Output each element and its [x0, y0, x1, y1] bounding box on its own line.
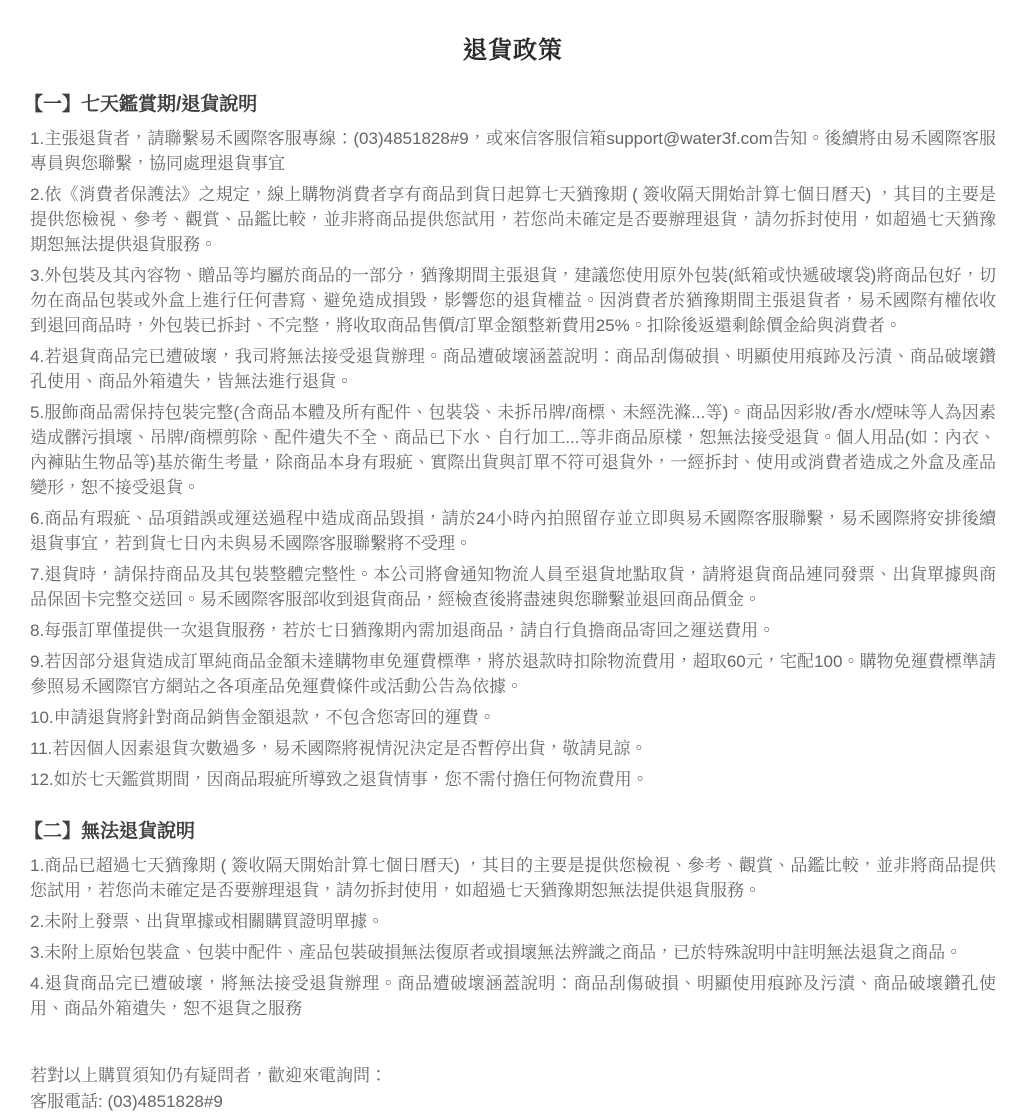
policy-item: 4.若退貨商品完已遭破壞，我司將無法接受退貨辦理。商品遭破壞涵蓋說明：商品刮傷破…	[30, 344, 996, 394]
policy-item: 3.未附上原始包裝盒、包裝中配件、產品包裝破損無法復原者或損壞無法辨識之商品，已…	[30, 940, 996, 965]
page-title: 退貨政策	[30, 30, 996, 65]
policy-item: 3.外包裝及其內容物、贈品等均屬於商品的一部分，猶豫期間主張退貨，建議您使用原外…	[30, 263, 996, 338]
policy-item: 4.退貨商品完已遭破壞，將無法接受退貨辦理。商品遭破壞涵蓋說明：商品刮傷破損、明…	[30, 971, 996, 1021]
section-non-returnable: 【二】無法退貨說明 1.商品已超過七天猶豫期 ( 簽收隔天開始計算七個日曆天) …	[30, 816, 996, 1021]
policy-item: 5.服飾商品需保持包裝完整(含商品本體及所有配件、包裝袋、未拆吊牌/商標、未經洗…	[30, 400, 996, 500]
section-1-heading: 【一】七天鑑賞期/退貨說明	[24, 89, 996, 116]
footer-phone-line: 客服電話: (03)4851828#9	[30, 1089, 996, 1115]
policy-item: 7.退貨時，請保持商品及其包裝整體完整性。本公司將會通知物流人員至退貨地點取貨，…	[30, 562, 996, 612]
policy-item: 8.每張訂單僅提供一次退貨服務，若於七日猶豫期內需加退商品，請自行負擔商品寄回之…	[30, 618, 996, 643]
footer-question-line: 若對以上購買須知仍有疑問者，歡迎來電詢問：	[30, 1063, 996, 1089]
policy-item: 10.申請退貨將針對商品銷售金額退款，不包含您寄回的運費。	[30, 705, 996, 730]
policy-item: 2.依《消費者保護法》之規定，線上購物消費者享有商品到貨日起算七天猶豫期 ( 簽…	[30, 182, 996, 257]
return-policy-document: 退貨政策 【一】七天鑑賞期/退貨說明 1.主張退貨者，請聯繫易禾國際客服專線：(…	[0, 0, 1024, 1115]
policy-item: 6.商品有瑕疵、品項錯誤或運送過程中造成商品毀損，請於24小時內拍照留存並立即與…	[30, 506, 996, 556]
policy-item: 9.若因部分退貨造成訂單純商品金額未達購物車免運費標準，將於退款時扣除物流費用，…	[30, 649, 996, 699]
policy-item: 11.若因個人因素退貨次數過多，易禾國際將視情況決定是否暫停出貨，敬請見諒。	[30, 736, 996, 761]
policy-item: 1.商品已超過七天猶豫期 ( 簽收隔天開始計算七個日曆天) ，其目的主要是提供您…	[30, 853, 996, 903]
policy-item: 1.主張退貨者，請聯繫易禾國際客服專線：(03)4851828#9，或來信客服信…	[30, 126, 996, 176]
section-2-heading: 【二】無法退貨說明	[24, 816, 996, 843]
policy-item: 2.未附上發票、出貨單據或相關購買證明單據。	[30, 909, 996, 934]
policy-item: 12.如於七天鑑賞期間，因商品瑕疵所導致之退貨情事，您不需付擔任何物流費用。	[30, 767, 996, 792]
section-seven-day-trial: 【一】七天鑑賞期/退貨說明 1.主張退貨者，請聯繫易禾國際客服專線：(03)48…	[30, 89, 996, 792]
footer-contact: 若對以上購買須知仍有疑問者，歡迎來電詢問： 客服電話: (03)4851828#…	[30, 1063, 996, 1115]
